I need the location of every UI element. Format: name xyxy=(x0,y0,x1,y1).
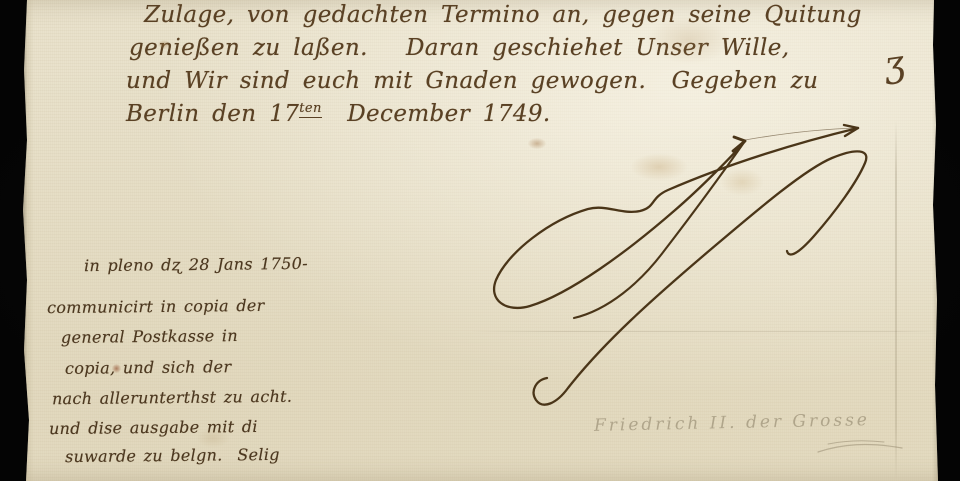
photo-background: Zulage, von gedachten Termino an, gegen … xyxy=(0,0,960,481)
signature-tall-loop-and-hook xyxy=(534,151,867,404)
clerk-note-line-4: copia, und sich der xyxy=(65,357,232,378)
clerk-note-line-2: communicirt in copia der xyxy=(47,296,265,317)
signature-hairline xyxy=(745,128,858,140)
clerk-note-line-7: suwarde zu belgn. Selig xyxy=(65,445,280,466)
manuscript-page: Zulage, von gedachten Termino an, gegen … xyxy=(0,0,960,481)
abbreviation-flourish: ʒ xyxy=(881,43,907,86)
signature-grand-sweep xyxy=(494,128,858,308)
royal-signature-flourish xyxy=(480,115,910,420)
clerk-note-line-5: nach allerunterthst zu acht. xyxy=(52,387,292,409)
horizontal-chain-line xyxy=(470,331,938,332)
clerk-note-line-6: und dise ausgabe mit di xyxy=(49,417,258,438)
letter-line-2: genießen zu laßen. Daran geschiehet Unse… xyxy=(129,35,789,61)
clerk-note-line-3: general Postkasse in xyxy=(61,326,238,347)
letter-line-3: und Wir sind euch mit Gnaden gewogen. Ge… xyxy=(126,68,818,94)
dateline-prefix: Berlin den 17 xyxy=(126,101,299,127)
dateline-ordinal-superscript: ten xyxy=(299,101,322,118)
pencil-swash-icon xyxy=(805,435,915,460)
letter-line-1: Zulage, von gedachten Termino an, gegen … xyxy=(144,2,862,28)
clerk-note-line-1: in pleno dʐ 28 Jans 1750- xyxy=(84,254,308,275)
vertical-fold-crease xyxy=(895,120,897,481)
